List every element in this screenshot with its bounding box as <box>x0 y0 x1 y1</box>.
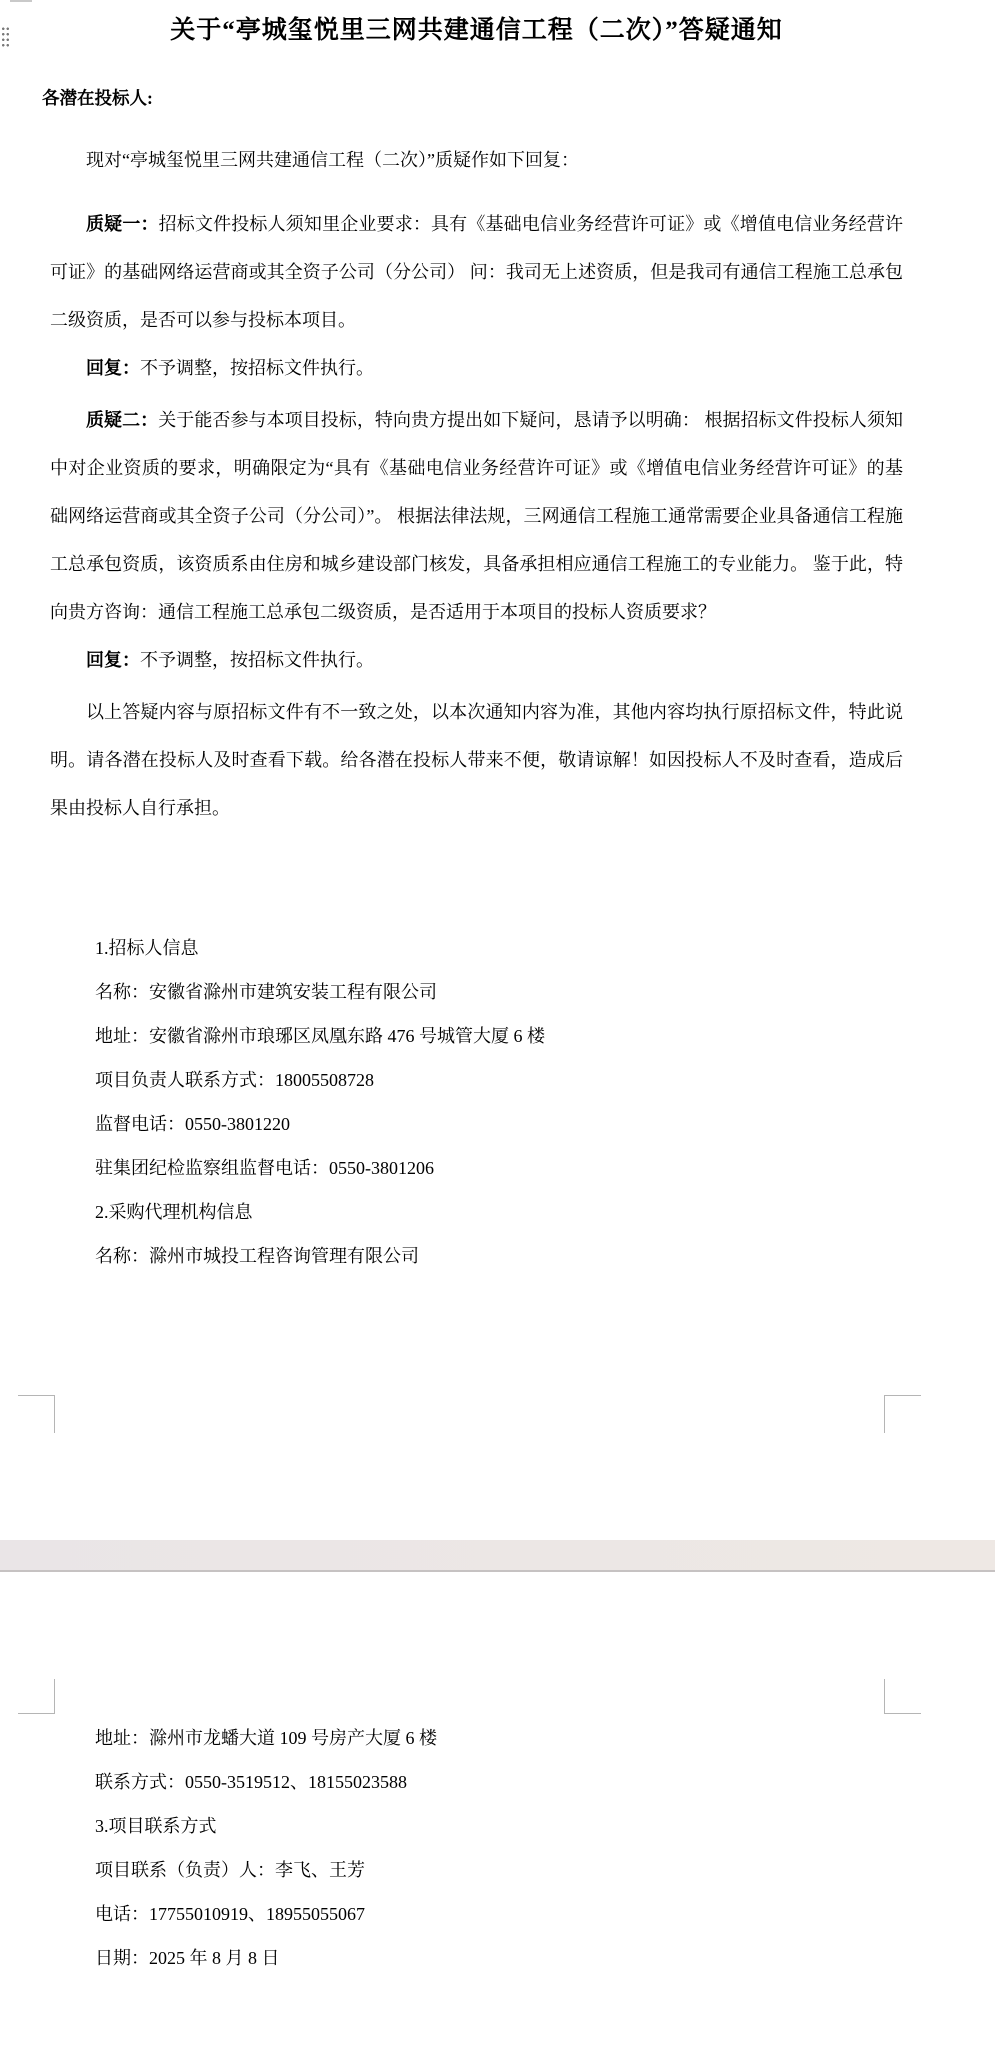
window-edge-line <box>10 0 32 2</box>
question-1-text: 招标文件投标人须知里企业要求：具有《基础电信业务经营许可证》或《增值电信业务经营… <box>50 214 903 330</box>
question-2-text: 关于能否参与本项目投标，特向贵方提出如下疑问，恳请予以明确： 根据招标文件投标人… <box>50 410 903 622</box>
reply-1-label: 回复： <box>86 358 140 378</box>
question-2-paragraph: 质疑二：关于能否参与本项目投标，特向贵方提出如下疑问，恳请予以明确： 根据招标文… <box>50 396 903 636</box>
page1-margin-corner-right-icon <box>884 1395 921 1433</box>
salutation: 各潜在投标人: <box>42 88 903 108</box>
drag-handle-dots-icon[interactable] <box>0 25 9 48</box>
info-line: 地址：滁州市龙蟠大道 109 号房产大厦 6 楼 <box>95 1716 903 1760</box>
info-line: 名称：滁州市城投工程咨询管理有限公司 <box>95 1234 903 1278</box>
page-1-text-area: 关于“亭城玺悦里三网共建通信工程（二次）”答疑通知 各潜在投标人: 现对“亭城玺… <box>0 0 995 1278</box>
reply-2-paragraph: 回复：不予调整，按招标文件执行。 <box>50 636 903 684</box>
info-line: 监督电话：0550-3801220 <box>95 1102 903 1146</box>
bidder-info-section: 1.招标人信息 名称：安徽省滁州市建筑安装工程有限公司 地址：安徽省滁州市琅琊区… <box>50 926 903 1278</box>
info-line: 1.招标人信息 <box>95 926 903 970</box>
question-2-label: 质疑二： <box>86 410 158 430</box>
info-line: 名称：安徽省滁州市建筑安装工程有限公司 <box>95 970 903 1014</box>
info-line: 项目负责人联系方式：18005508728 <box>95 1058 903 1102</box>
info-line: 2.采购代理机构信息 <box>95 1190 903 1234</box>
page2-margin-corner-left-icon <box>18 1679 55 1714</box>
reply-2-text: 不予调整，按招标文件执行。 <box>140 650 374 670</box>
info-line: 日期：2025 年 8 月 8 日 <box>95 1936 903 1980</box>
question-1-paragraph: 质疑一：招标文件投标人须知里企业要求：具有《基础电信业务经营许可证》或《增值电信… <box>50 200 903 344</box>
page-title: 关于“亭城玺悦里三网共建通信工程（二次）”答疑通知 <box>50 14 903 48</box>
page2-margin-corner-right-icon <box>884 1679 921 1714</box>
reply-2-label: 回复： <box>86 650 140 670</box>
intro-paragraph: 现对“亭城玺悦里三网共建通信工程（二次）”质疑作如下回复： <box>50 136 903 184</box>
page-separator-band <box>0 1540 995 1572</box>
info-line: 3.项目联系方式 <box>95 1804 903 1848</box>
reply-1-paragraph: 回复：不予调整，按招标文件执行。 <box>50 344 903 392</box>
document-page-view: 关于“亭城玺悦里三网共建通信工程（二次）”答疑通知 各潜在投标人: 现对“亭城玺… <box>0 0 995 2063</box>
page1-margin-corner-left-icon <box>18 1395 55 1433</box>
info-line: 电话：17755010919、18955055067 <box>95 1892 903 1936</box>
page-2-text-area: 地址：滁州市龙蟠大道 109 号房产大厦 6 楼 联系方式：0550-35195… <box>50 1716 903 1980</box>
info-line: 项目联系（负责）人：李飞、王芳 <box>95 1848 903 1892</box>
info-line: 驻集团纪检监察组监督电话：0550-3801206 <box>95 1146 903 1190</box>
closing-paragraph: 以上答疑内容与原招标文件有不一致之处，以本次通知内容为准，其他内容均执行原招标文… <box>50 688 903 832</box>
info-line: 联系方式：0550-3519512、18155023588 <box>95 1760 903 1804</box>
question-1-label: 质疑一： <box>86 214 159 234</box>
reply-1-text: 不予调整，按招标文件执行。 <box>140 358 374 378</box>
info-line: 地址：安徽省滁州市琅琊区凤凰东路 476 号城管大厦 6 楼 <box>95 1014 903 1058</box>
